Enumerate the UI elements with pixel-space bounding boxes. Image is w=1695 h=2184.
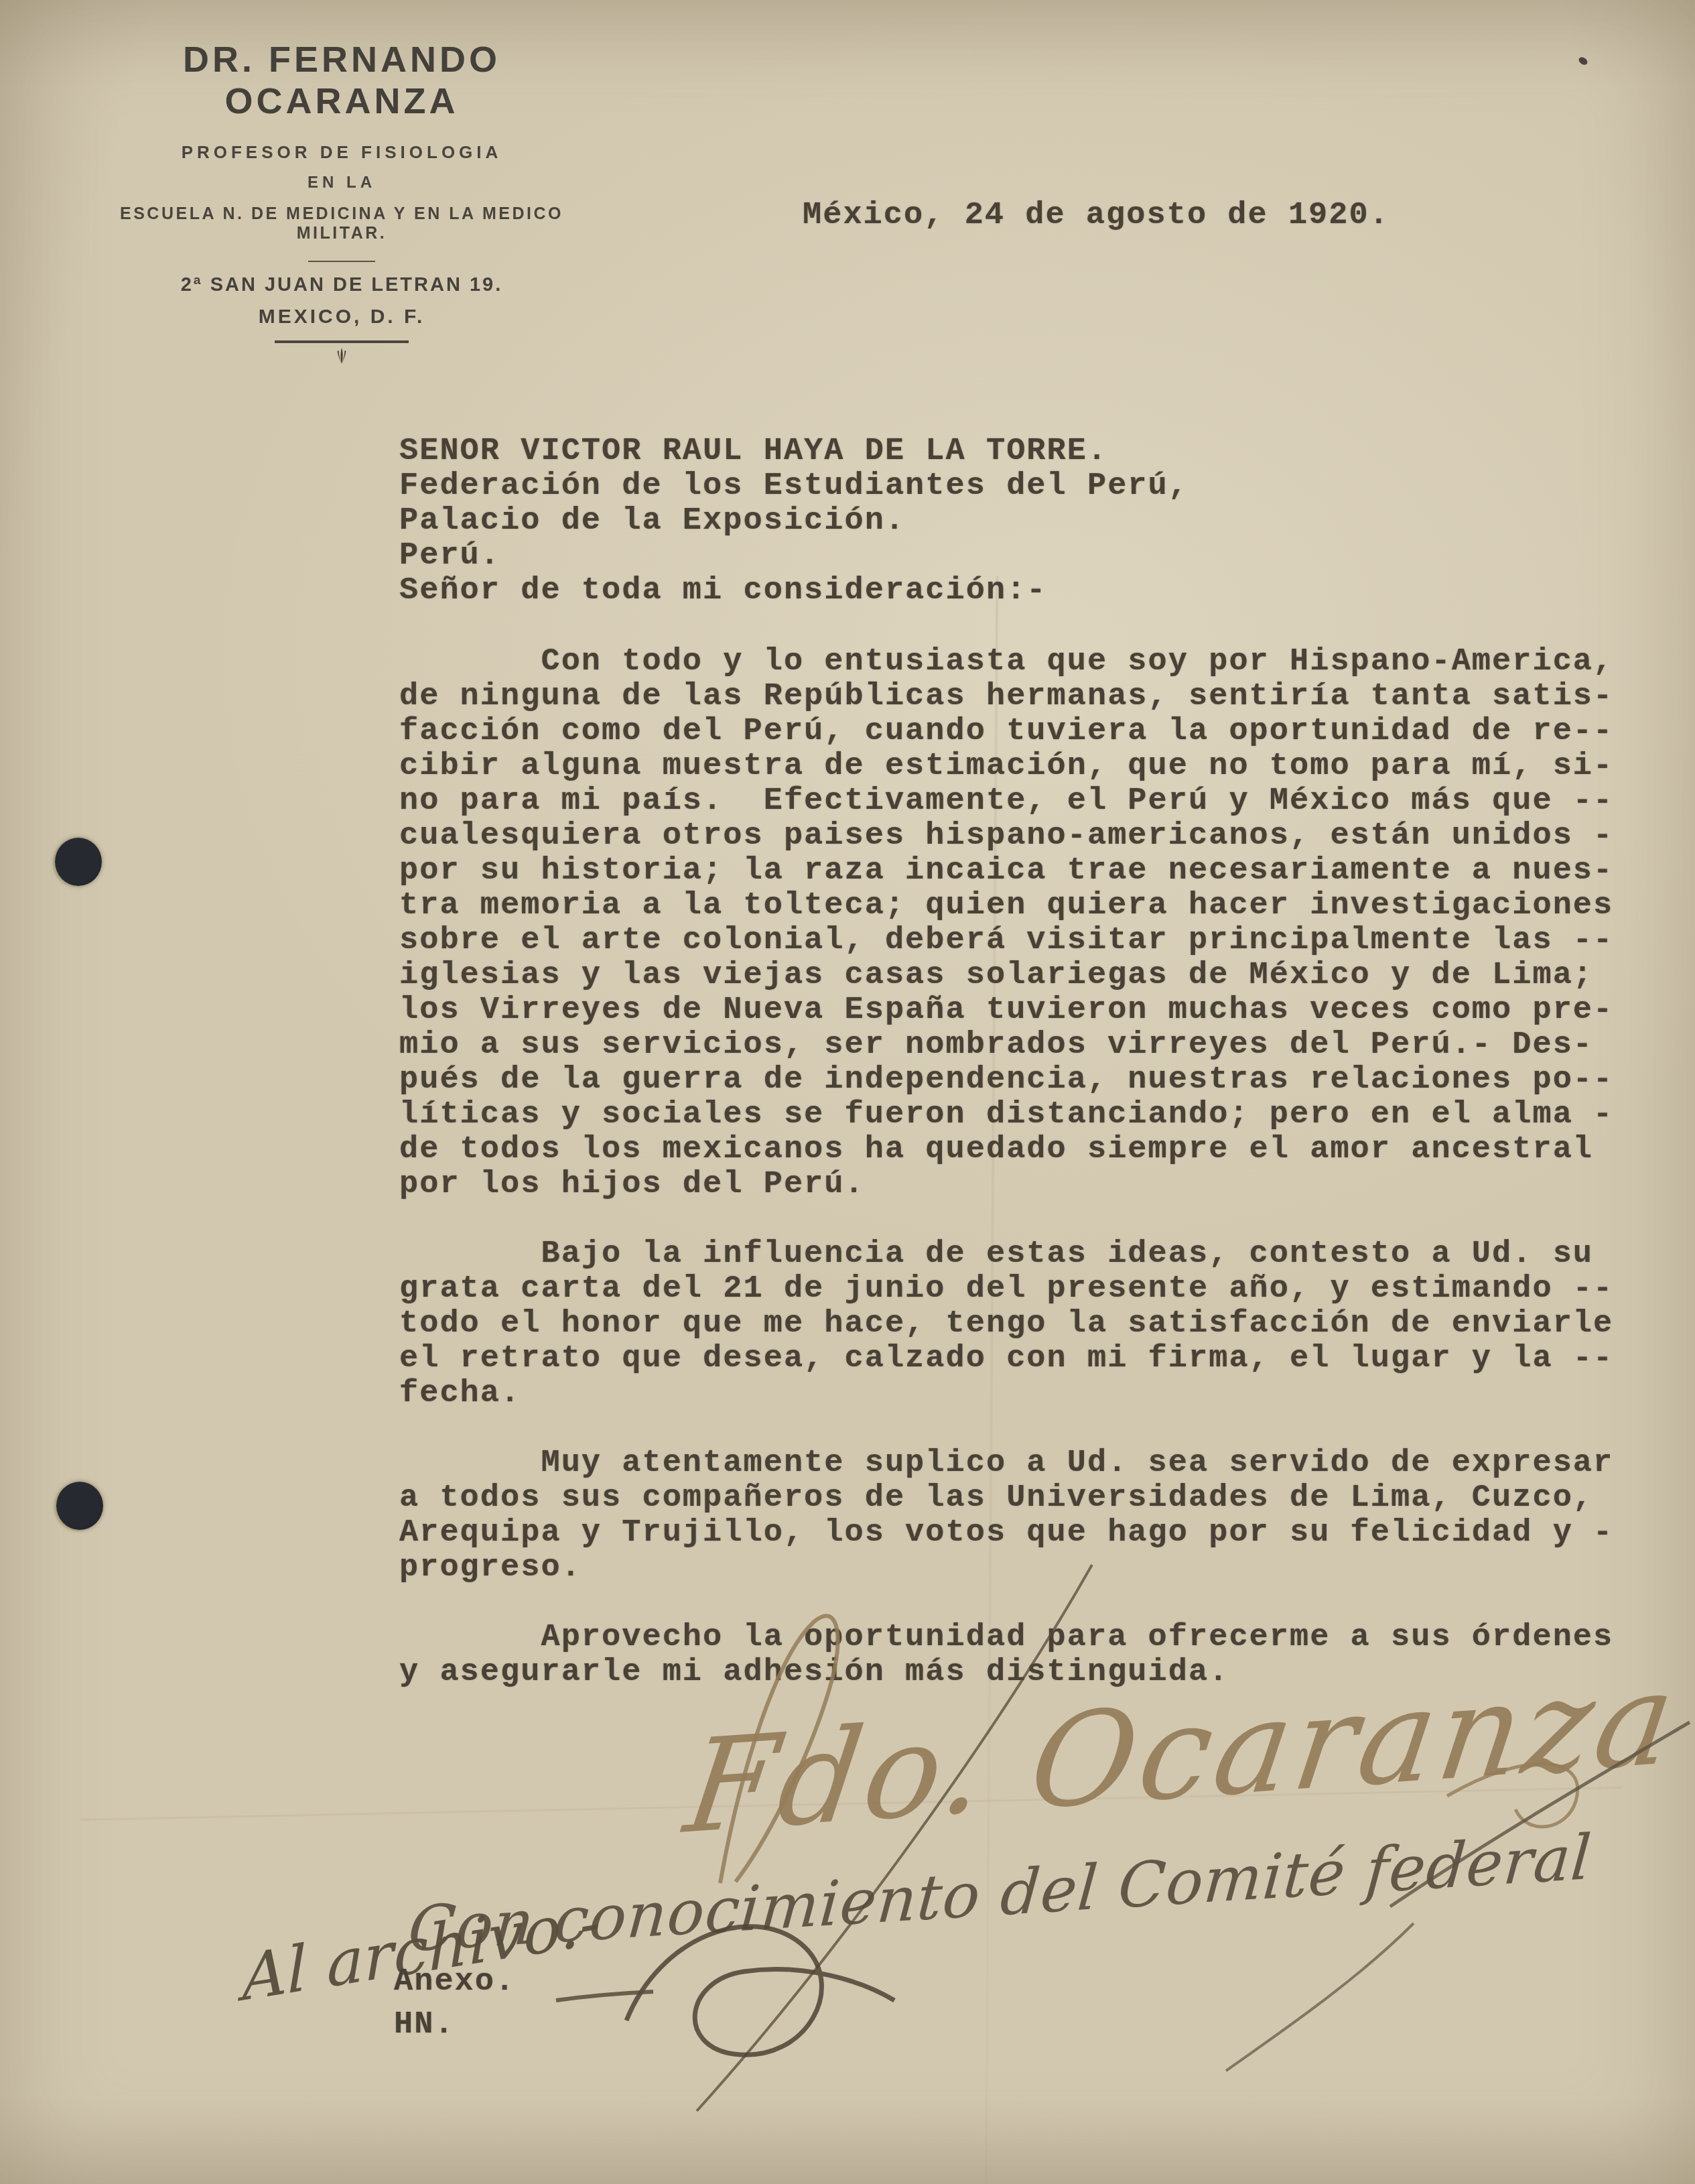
routing-note-tail-up [1390,1722,1690,1907]
rubric-long-stroke [697,1565,1092,2111]
punch-hole-bottom [56,1482,103,1530]
punch-hole-top [55,838,102,886]
letter-scan-page: DR. FERNANDO OCARANZA PROFESOR DE FISIOL… [0,0,1695,2184]
handwriting-flourishes [0,0,1695,2184]
signature-ascender-flourish [720,1616,838,1883]
routing-note-tail-down [1226,1923,1414,2071]
signature-tail-flourish [1447,1764,1578,1827]
